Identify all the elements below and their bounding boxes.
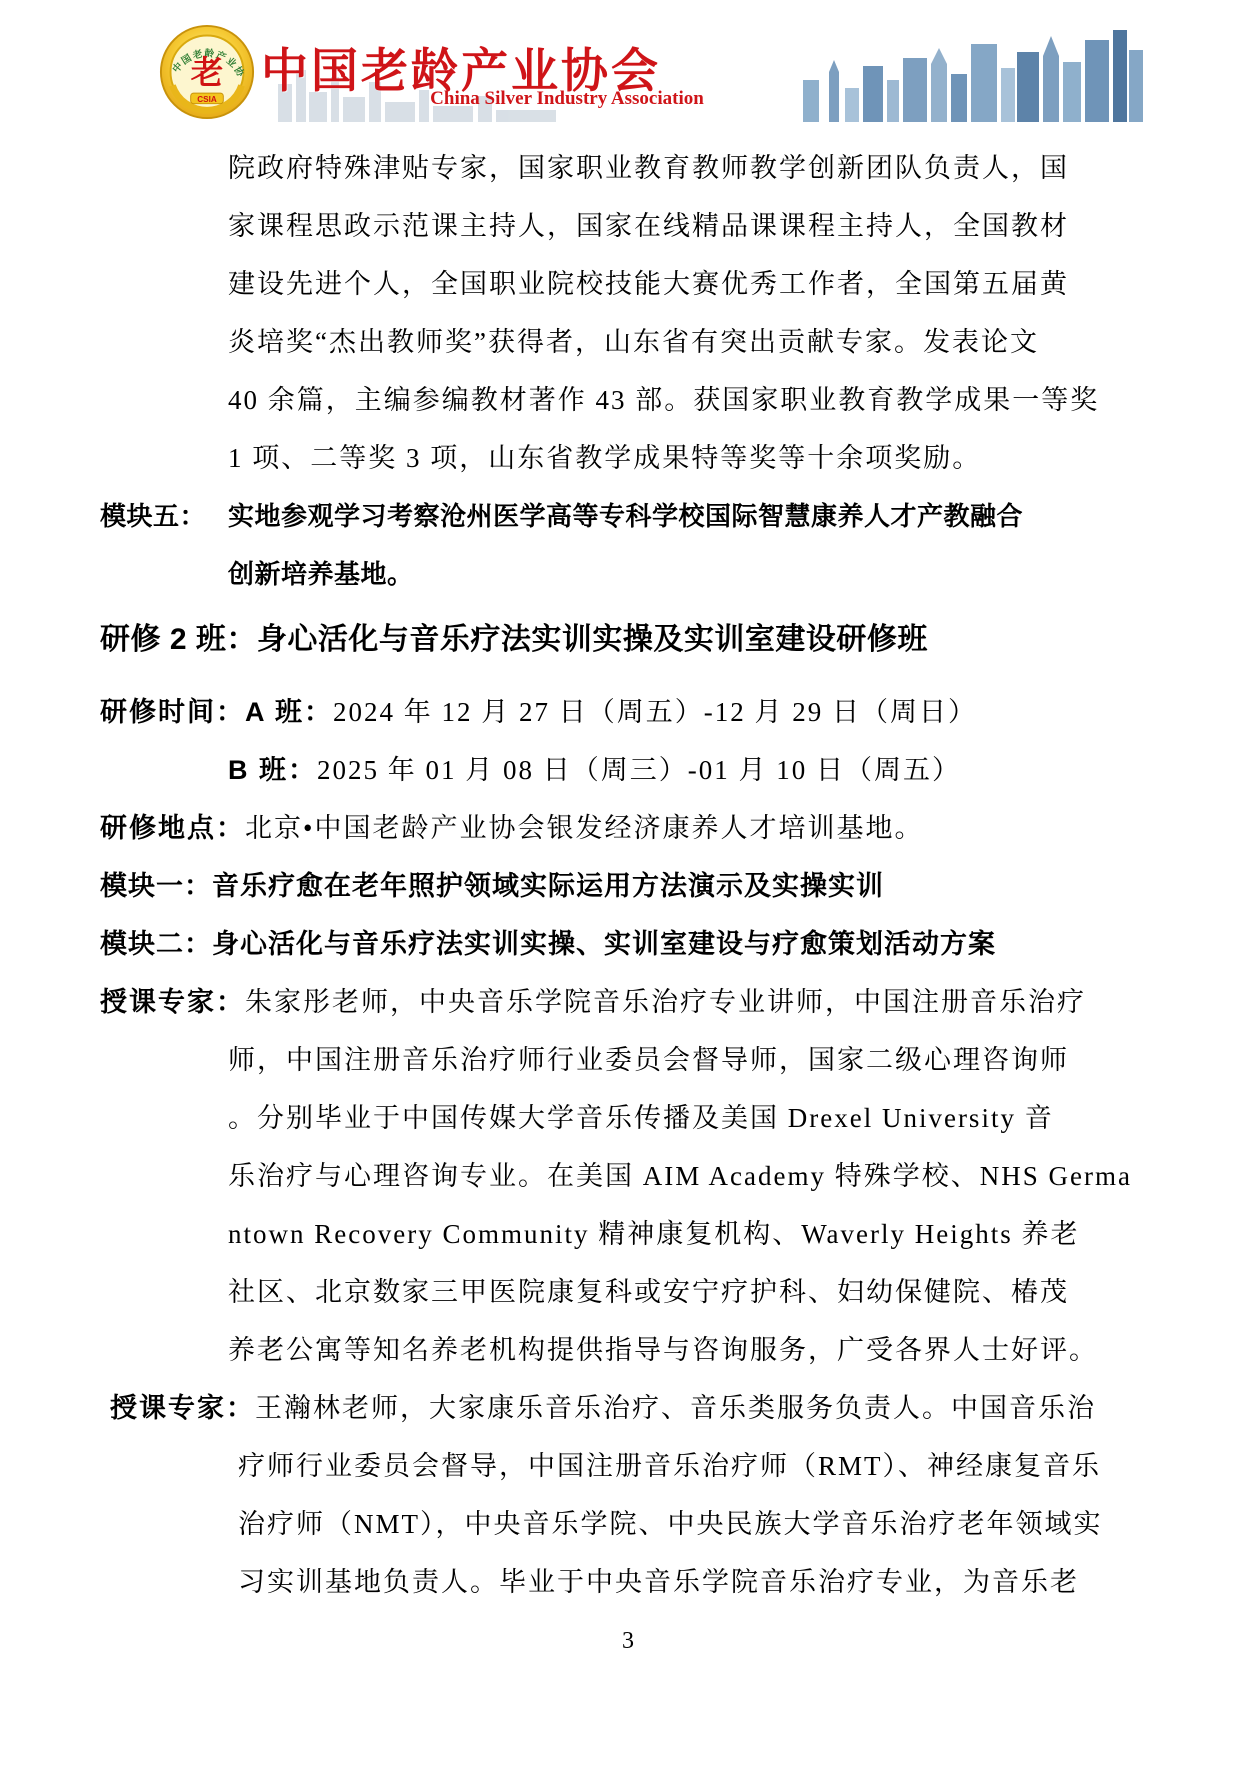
paragraph-line: 炎培奖“杰出教师奖”获得者，山东省有突出贡献专家。发表论文	[228, 313, 1032, 371]
paragraph-line: 家课程思政示范课主持人，国家在线精品课课程主持人，全国教材	[228, 197, 1032, 255]
location-line: 研修地点：北京•中国老龄产业协会银发经济康养人才培训基地。	[100, 799, 1032, 857]
expert1-label: 授课专家：	[100, 973, 245, 1031]
page-number: 3	[0, 1621, 1256, 1661]
module5-text-line2: 创新培养基地。	[228, 545, 1032, 603]
document-page: 中国老龄产业协会 老 CSIA 中国老龄产业协会 China Silver In…	[0, 0, 1256, 1777]
expert1-line1: 朱家彤老师，中央音乐学院音乐治疗专业讲师，中国注册音乐治疗	[245, 973, 1086, 1031]
schedule-line-b: B 班：2025 年 01 月 08 日（周三）-01 月 10 日（周五）	[228, 741, 1032, 799]
class2-section-heading: 研修 2 班：身心活化与音乐疗法实训实操及实训室建设研修班	[100, 611, 1032, 669]
schedule-a-label: A 班：	[245, 697, 333, 727]
seal-center-glyph: 老	[191, 55, 224, 92]
seal-abbr-text: CSIA	[197, 95, 217, 104]
paragraph-line: 40 余篇，主编参编教材著作 43 部。获国家职业教育教学成果一等奖	[228, 371, 1032, 429]
schedule-a-dates: 2024 年 12 月 27 日（周五）-12 月 29 日（周日）	[333, 697, 977, 727]
paragraph-line: 习实训基地负责人。毕业于中央音乐学院音乐治疗专业，为音乐老	[238, 1553, 1032, 1611]
paragraph-line: 疗师行业委员会督导，中国注册音乐治疗师（RMT）、神经康复音乐	[238, 1437, 1032, 1495]
paragraph-line: 建设先进个人，全国职业院校技能大赛优秀工作者，全国第五届黄	[228, 255, 1032, 313]
association-seal-icon: 中国老龄产业协会 老 CSIA	[159, 24, 255, 120]
expert2-paragraph: 授课专家： 王瀚林老师，大家康乐音乐治疗、音乐类服务负责人。中国音乐治 疗师行业…	[100, 1379, 1032, 1611]
continuation-paragraph: 院政府特殊津贴专家，国家职业教育教师教学创新团队负责人，国 家课程思政示范课主持…	[100, 139, 1032, 487]
schedule-b-label: B 班：	[228, 755, 317, 785]
class2-heading-text: 研修 2 班：身心活化与音乐疗法实训实操及实训室建设研修班	[100, 611, 1032, 669]
association-subtitle-en: China Silver Industry Association	[417, 88, 717, 110]
expert2-line1: 王瀚林老师，大家康乐音乐治疗、音乐类服务负责人。中国音乐治	[255, 1379, 1096, 1437]
document-body: 院政府特殊津贴专家，国家职业教育教师教学创新团队负责人，国 家课程思政示范课主持…	[100, 139, 1032, 1611]
module5-text-line1: 实地参观学习考察沧州医学高等专科学校国际智慧康养人才产教融合	[228, 487, 1023, 545]
schedule-b-dates: 2025 年 01 月 08 日（周三）-01 月 10 日（周五）	[317, 755, 961, 785]
paragraph-line: 1 项、二等奖 3 项，山东省教学成果特等奖等十余项奖励。	[228, 429, 1032, 487]
paragraph-line: 乐治疗与心理咨询专业。在美国 AIM Academy 特殊学校、NHS Germ…	[228, 1147, 1032, 1205]
module2-heading: 模块二：身心活化与音乐疗法实训实操、实训室建设与疗愈策划活动方案	[100, 915, 1032, 973]
module1-heading: 模块一：音乐疗愈在老年照护领域实际运用方法演示及实操实训	[100, 857, 1032, 915]
paragraph-line: ntown Recovery Community 精神康复机构、Waverly …	[228, 1205, 1032, 1263]
location-label: 研修地点：	[100, 813, 245, 843]
location-text: 北京•中国老龄产业协会银发经济康养人才培训基地。	[245, 813, 923, 843]
expert1-paragraph: 授课专家： 朱家彤老师，中央音乐学院音乐治疗专业讲师，中国注册音乐治疗 师，中国…	[100, 973, 1032, 1379]
expert2-label: 授课专家：	[110, 1379, 255, 1437]
module5-heading: 模块五： 实地参观学习考察沧州医学高等专科学校国际智慧康养人才产教融合 创新培养…	[100, 487, 1032, 603]
module1-heading-text: 模块一：音乐疗愈在老年照护领域实际运用方法演示及实操实训	[100, 857, 1032, 915]
header-banner: 中国老龄产业协会 老 CSIA 中国老龄产业协会 China Silver In…	[103, 22, 1143, 122]
paragraph-line: 院政府特殊津贴专家，国家职业教育教师教学创新团队负责人，国	[228, 139, 1032, 197]
module5-label: 模块五：	[100, 487, 228, 545]
paragraph-line: 师，中国注册音乐治疗师行业委员会督导师，国家二级心理咨询师	[228, 1031, 1032, 1089]
paragraph-line: 。分别毕业于中国传媒大学音乐传播及美国 Drexel University 音	[228, 1089, 1032, 1147]
paragraph-line: 社区、北京数家三甲医院康复科或安宁疗护科、妇幼保健院、椿茂	[228, 1263, 1032, 1321]
schedule-label: 研修时间：	[100, 697, 245, 727]
schedule-block: 研修时间：A 班：2024 年 12 月 27 日（周五）-12 月 29 日（…	[100, 683, 1032, 799]
paragraph-line: 治疗师（NMT），中央音乐学院、中央民族大学音乐治疗老年领域实	[238, 1495, 1032, 1553]
paragraph-line: 养老公寓等知名养老机构提供指导与咨询服务，广受各界人士好评。	[228, 1321, 1032, 1379]
schedule-line-a: 研修时间：A 班：2024 年 12 月 27 日（周五）-12 月 29 日（…	[100, 683, 1032, 741]
module2-heading-text: 模块二：身心活化与音乐疗法实训实操、实训室建设与疗愈策划活动方案	[100, 915, 1032, 973]
